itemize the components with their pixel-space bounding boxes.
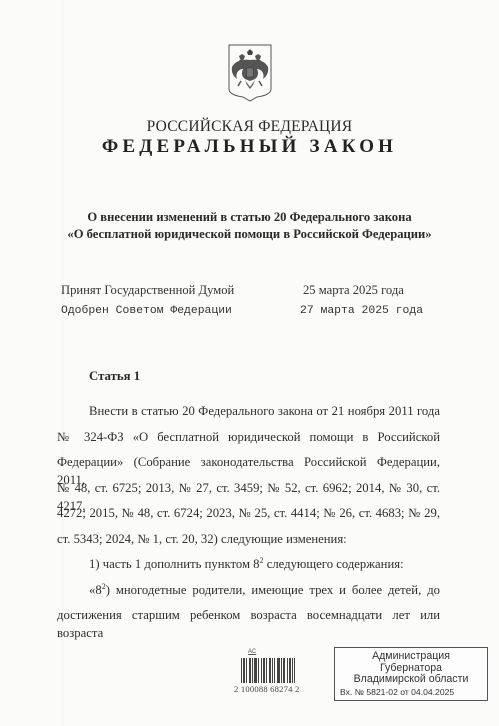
law-title-line-1: О внесении изменений в статью 20 Федерал… — [0, 209, 499, 226]
quote-open: «8 — [89, 583, 102, 597]
coat-of-arms-icon — [227, 43, 273, 103]
country-heading: РОССИЙСКАЯ ФЕДЕРАЦИЯ — [0, 118, 499, 136]
barcode: АС 2 100088 68274 2 — [241, 649, 321, 699]
article-quote-line: «82) многодетные родители, имеющие трех … — [89, 581, 440, 599]
registration-stamp: Администрация Губернатора Владимирской о… — [334, 647, 488, 701]
duma-label: Принят Государственной Думой — [61, 283, 234, 298]
article-quote-continuation: достижения старшим ребенком возраста вос… — [57, 606, 440, 624]
article-line: № 324-ФЗ «О бесплатной юридической помощ… — [57, 428, 440, 446]
article-line: ст. 5343; 2024, № 1, ст. 20, 32) следующ… — [57, 530, 440, 548]
article-line: 4272; 2015, № 48, ст. 6724; 2023, № 25, … — [57, 504, 440, 522]
stamp-line-1: Администрация — [335, 651, 487, 663]
article-heading: Статья 1 — [89, 369, 140, 384]
quote-text: ) многодетные родители, имеющие трех и б… — [106, 583, 440, 597]
article-line: Внести в статью 20 Федерального закона о… — [89, 402, 440, 420]
council-date: 27 марта 2025 года — [300, 305, 423, 317]
law-type-heading: ФЕДЕРАЛЬНЫЙ ЗАКОН — [0, 136, 499, 158]
stamp-reference: Вх. № 5821-02 от 04.04.2025 — [335, 686, 487, 698]
article-item-1: 1) часть 1 дополнить пунктом 82 следующе… — [89, 555, 440, 573]
stamp-line-3: Владимирской области — [335, 674, 487, 686]
document-page: РОССИЙСКАЯ ФЕДЕРАЦИЯ ФЕДЕРАЛЬНЫЙ ЗАКОН О… — [0, 0, 499, 726]
item-1-prefix: 1) часть 1 дополнить пунктом 8 — [89, 557, 260, 571]
duma-date: 25 марта 2025 года — [303, 283, 404, 298]
council-label: Одобрен Советом Федерации — [61, 305, 232, 317]
barcode-mark: АС — [248, 649, 256, 655]
article-line: № 48, ст. 6725; 2013, № 27, ст. 3459; № … — [57, 479, 440, 497]
barcode-bars — [241, 658, 299, 683]
barcode-number: 2 100088 68274 2 — [234, 684, 300, 694]
law-title-line-2: «О бесплатной юридической помощи в Росси… — [0, 226, 499, 243]
article-line: Федерации» (Собрание законодательства Ро… — [57, 453, 440, 471]
item-1-suffix: следующего содержания: — [264, 557, 404, 571]
law-title: О внесении изменений в статью 20 Федерал… — [0, 209, 499, 243]
